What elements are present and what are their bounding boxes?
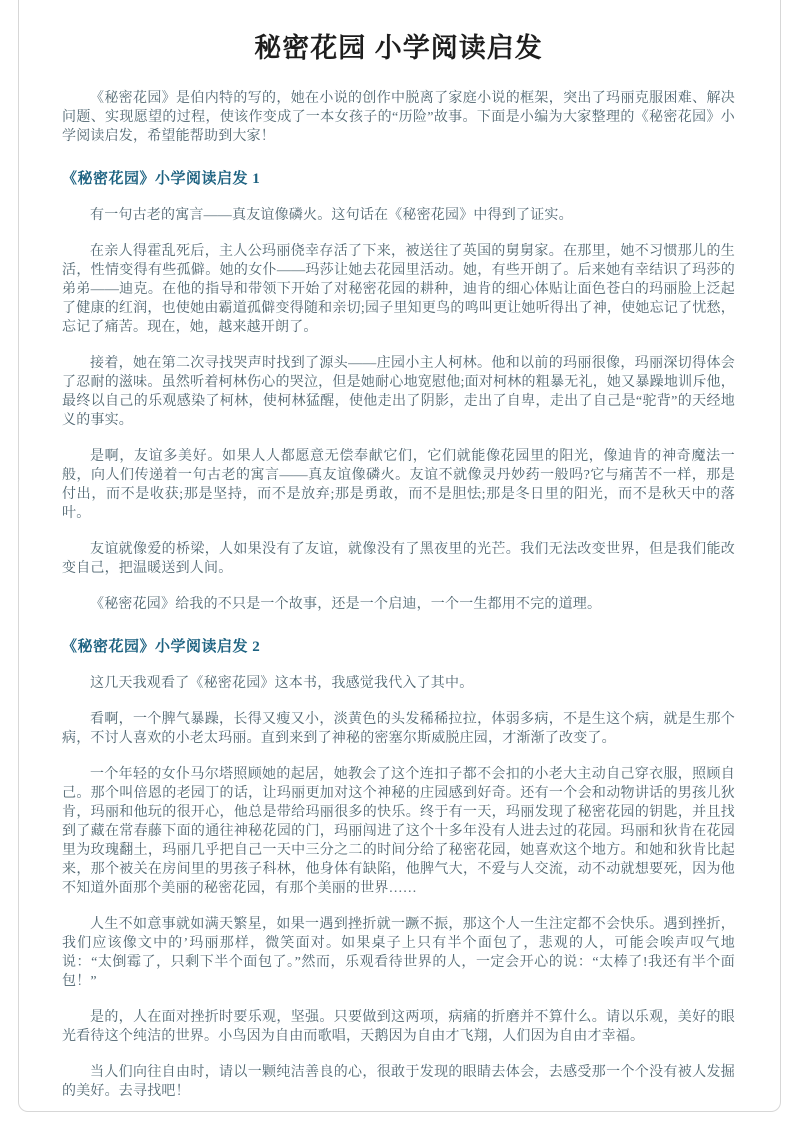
section-1-paragraph-6: 《秘密花园》给我的不只是一个故事，还是一个启迪，一个一生都用不完的道理。	[62, 595, 735, 614]
document-page: 秘密花园 小学阅读启发 《秘密花园》是伯内特的写的，她在小说的创作中脱离了家庭小…	[0, 0, 794, 1123]
section-2-paragraph-2: 看啊，一个脾气暴躁，长得又瘦又小，淡黄色的头发稀稀拉拉，体弱多病，不是生这个病，…	[62, 710, 735, 748]
intro-paragraph: 《秘密花园》是伯内特的写的，她在小说的创作中脱离了家庭小说的框架，突出了玛丽克服…	[62, 89, 735, 146]
section-2-paragraph-5: 是的，人在面对挫折时要乐观，坚强。只要做到这两项，病痛的折磨并不算什么。请以乐观…	[62, 1008, 735, 1046]
section-2-paragraph-6: 当人们向往自由时，请以一颗纯洁善良的心，很敢于发现的眼睛去体会，去感受那一个个没…	[62, 1063, 735, 1101]
document-content: 秘密花园 小学阅读启发 《秘密花园》是伯内特的写的，她在小说的创作中脱离了家庭小…	[0, 0, 794, 1101]
section-2-heading: 《秘密花园》小学阅读启发 2	[62, 635, 735, 656]
section-1-paragraph-2: 在亲人得霍乱死后，主人公玛丽侥幸存活了下来，被送往了英国的舅舅家。在那里，她不习…	[62, 242, 735, 337]
section-1-paragraph-4: 是啊，友谊多美好。如果人人都愿意无偿奉献它们，它们就能像花园里的阳光，像迪肯的神…	[62, 447, 735, 523]
section-2-paragraph-4: 人生不如意事就如满天繁星，如果一遇到挫折就一蹶不振，那这个人一生注定都不会快乐。…	[62, 915, 735, 991]
section-1-paragraph-3: 接着，她在第二次寻找哭声时找到了源头——庄园小主人柯林。他和以前的玛丽很像，玛丽…	[62, 354, 735, 430]
section-2-paragraph-1: 这几天我观看了《秘密花园》这本书，我感觉我代入了其中。	[62, 674, 735, 693]
section-1-paragraph-1: 有一句古老的寓言——真友谊像磷火。这句话在《秘密花园》中得到了证实。	[62, 206, 735, 225]
document-title: 秘密花园 小学阅读启发	[62, 26, 735, 65]
section-2-paragraph-3: 一个年轻的女仆马尔塔照顾她的起居，她教会了这个连扣子都不会扣的小老大主动自己穿衣…	[62, 765, 735, 898]
section-1-paragraph-5: 友谊就像爱的桥梁，人如果没有了友谊，就像没有了黑夜里的光芒。我们无法改变世界，但…	[62, 540, 735, 578]
section-1-heading: 《秘密花园》小学阅读启发 1	[62, 167, 735, 188]
